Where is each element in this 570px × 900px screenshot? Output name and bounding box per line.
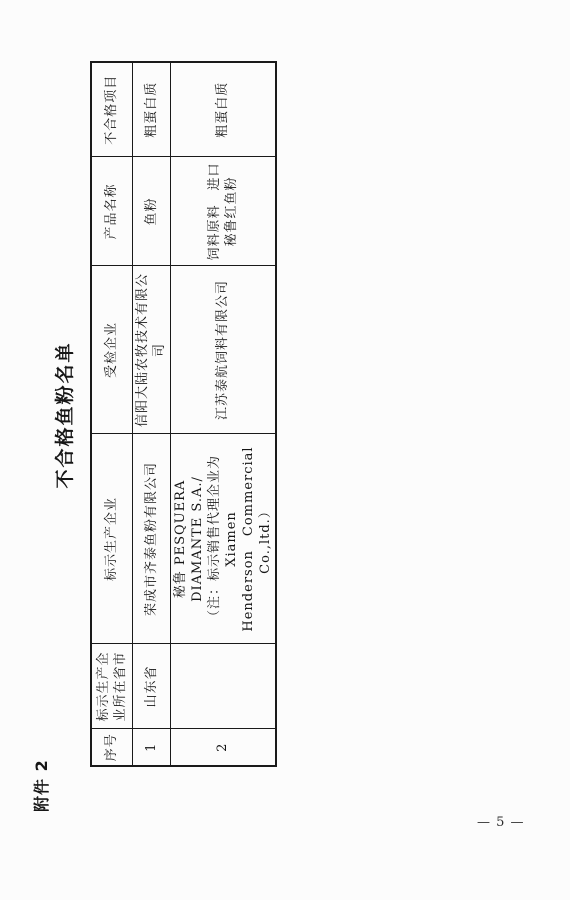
cell-inspected-enterprise: 江苏泰航饲料有限公司 <box>170 266 276 434</box>
cell-producer: 秘鲁 PESQUERA DIAMANTE S.A./ （注：标示销售代理企业为 … <box>170 434 276 644</box>
cell-product-name: 饲料原料 进口 秘鲁红鱼粉 <box>170 157 276 266</box>
header-cell-product-name: 产品名称 <box>91 157 132 266</box>
header-cell-failed-item: 不合格项目 <box>91 62 132 157</box>
cell-serial-no: 2 <box>170 729 276 766</box>
cell-failed-item: 粗蛋白质 <box>170 62 276 157</box>
page-title: 不合格鱼粉名单 <box>50 63 77 767</box>
header-cell-producer: 标示生产企业 <box>91 434 132 644</box>
attachment-label: 附件 2 <box>29 759 52 812</box>
table-row: 1 山东省 荣成市齐泰鱼粉有限公司 信阳大陆农牧技术有限公司 鱼粉 粗蛋白质 <box>132 62 170 766</box>
scanned-document-page: 附件 2 不合格鱼粉名单 序号 标示生产企 业所在省市 标示生产企业 受检企业 … <box>0 0 570 900</box>
header-cell-serial-no: 序号 <box>91 729 132 766</box>
header-cell-province: 标示生产企 业所在省市 <box>91 644 132 729</box>
cell-product-name: 鱼粉 <box>132 157 170 266</box>
cell-failed-item: 粗蛋白质 <box>132 62 170 157</box>
cell-province: 山东省 <box>132 644 170 729</box>
table-header-row: 序号 标示生产企 业所在省市 标示生产企业 受检企业 产品名称 不合格项目 <box>91 62 132 766</box>
unqualified-fishmeal-table: 序号 标示生产企 业所在省市 标示生产企业 受检企业 产品名称 不合格项目 1 … <box>90 61 277 767</box>
page-number: — 5 — <box>477 815 525 830</box>
rotated-landscape-content: 附件 2 不合格鱼粉名单 序号 标示生产企 业所在省市 标示生产企业 受检企业 … <box>0 0 570 900</box>
cell-producer: 荣成市齐泰鱼粉有限公司 <box>132 434 170 644</box>
header-cell-inspected-enterprise: 受检企业 <box>91 266 132 434</box>
cell-serial-no: 1 <box>132 729 170 766</box>
cell-province <box>170 644 276 729</box>
table-row: 2 秘鲁 PESQUERA DIAMANTE S.A./ （注：标示销售代理企业… <box>170 62 276 766</box>
cell-inspected-enterprise: 信阳大陆农牧技术有限公司 <box>132 266 170 434</box>
